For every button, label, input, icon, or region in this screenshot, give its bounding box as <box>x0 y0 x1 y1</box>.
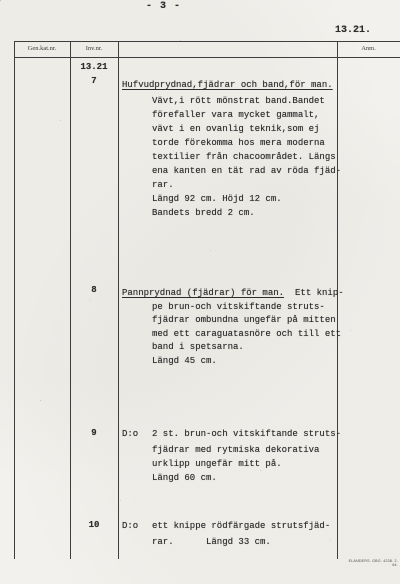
entry-10-first-line: ett knippe rödfärgade strutsfjäd- <box>152 521 330 531</box>
text-line: ena kanten en tät rad av röda fjäd- <box>152 164 341 178</box>
entry-7-inv-nr: 7 <box>70 76 118 86</box>
entry-9-inv-nr: 9 <box>70 428 118 438</box>
text-line: fjädrar ombundna ungefär på mitten <box>152 314 341 327</box>
column-header-invnr: Inv.nr. <box>70 45 118 52</box>
text-line: fjädrar med rytmiska dekorativa <box>152 443 319 457</box>
text-line: rar. <box>152 178 341 192</box>
inv-group-number: 13.21 <box>70 62 118 72</box>
entry-8-title-text: Pannprydnad (fjädrar) för man. <box>122 288 284 298</box>
entry-10-ditto-mark: D:o <box>122 521 138 531</box>
section-ref: 13.21. <box>335 25 371 36</box>
text-line: med ett caraguatasnöre och till ett <box>152 328 341 341</box>
entry-7-title-text: Hufvudprydnad,fjädrar och band,för man. <box>122 80 333 90</box>
column-header-genkatnr: Gen.kat.nr. <box>14 45 70 52</box>
text-line: pe brun-och vitskiftande struts- <box>152 301 341 314</box>
entry-10-body: rar. Längd 33 cm. <box>152 535 271 549</box>
text-line: band i spetsarna. <box>152 341 341 354</box>
column-divider-genkat-inv <box>70 41 71 559</box>
text-line: vävt i en ovanlig teknik,som ej <box>152 122 341 136</box>
paper-specks <box>0 0 1 1</box>
text-line: förefaller vara mycket gammalt, <box>152 108 341 122</box>
text-line: torde förekomma hos mera moderna <box>152 136 341 150</box>
text-line: Längd 45 cm. <box>152 355 341 368</box>
entry-8-title: Pannprydnad (fjädrar) för man.Ett knip- <box>122 288 344 298</box>
text-line: rar. Längd 33 cm. <box>152 535 271 549</box>
document-page: - 3 - 13.21. Gen.kat.nr. Inv.nr. Anm. 13… <box>0 0 400 584</box>
text-line: Längd 60 cm. <box>152 471 319 485</box>
entry-7-body: Vävt,i rött mönstrat band.Bandetförefall… <box>152 94 341 220</box>
column-header-anm: Anm. <box>337 45 400 52</box>
entry-8-inv-nr: 8 <box>70 285 118 295</box>
entry-10-inv-nr: 10 <box>70 520 118 530</box>
table-border-top <box>14 41 400 42</box>
table-left-border <box>14 41 15 559</box>
printer-mark: ELANDERS. GBG. 4238. 2. 64. <box>342 559 398 568</box>
entry-9-first-line: 2 st. brun-och vitskiftande struts- <box>152 429 341 439</box>
entry-9-body: fjädrar med rytmiska dekorativaurklipp u… <box>152 443 319 486</box>
entry-8-body: pe brun-och vitskiftande struts-fjädrar … <box>152 301 341 368</box>
column-divider-inv-main <box>118 41 119 559</box>
text-line: Vävt,i rött mönstrat band.Bandet <box>152 94 341 108</box>
entry-7-title: Hufvudprydnad,fjädrar och band,för man. <box>122 80 333 90</box>
table-header-rule <box>14 57 400 58</box>
entry-9-ditto-mark: D:o <box>122 429 138 439</box>
text-line: Bandets bredd 2 cm. <box>152 206 341 220</box>
text-line: textilier från chacoområdet. Längs <box>152 150 341 164</box>
text-line: Längd 92 cm. Höjd 12 cm. <box>152 192 341 206</box>
entry-8-title-continuation: Ett knip- <box>295 288 344 298</box>
text-line: urklipp ungefär mitt på. <box>152 457 319 471</box>
page-number: - 3 - <box>146 1 181 12</box>
